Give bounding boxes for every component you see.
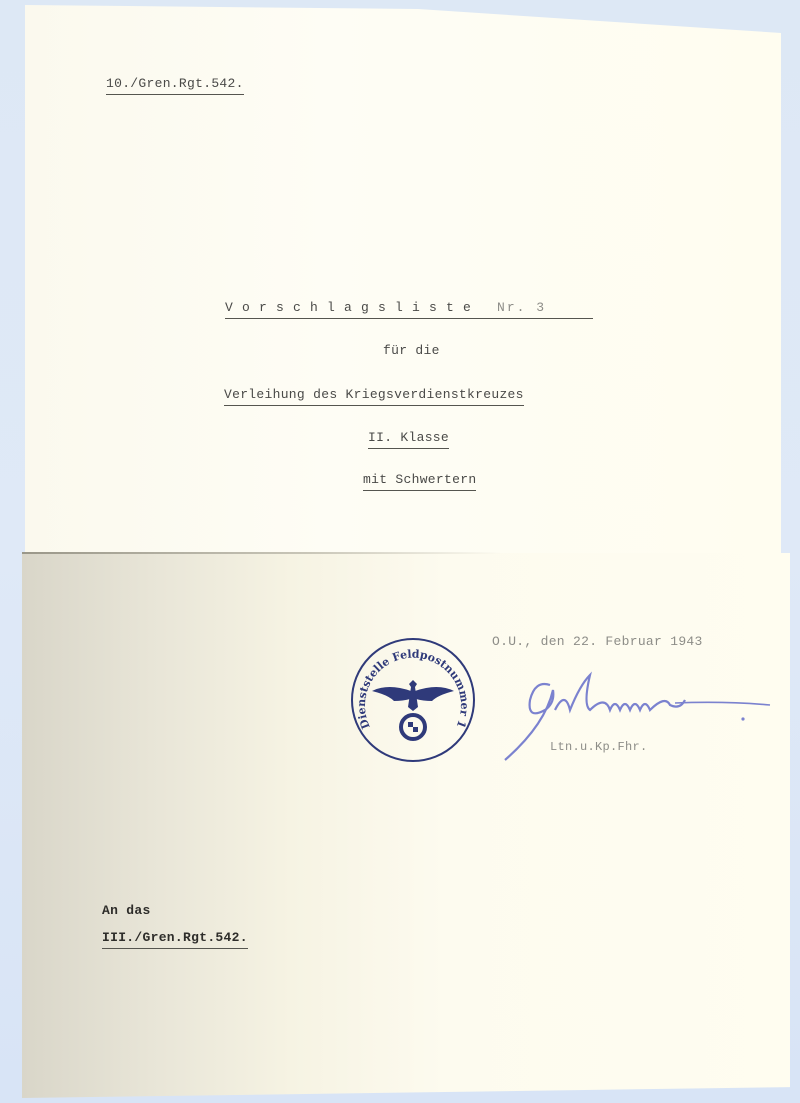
line-schwertern: mit Schwertern — [363, 472, 476, 491]
unit-header: 10./Gren.Rgt.542. — [106, 76, 244, 95]
title-number: Nr. 3 — [497, 300, 546, 315]
line-verleihung: Verleihung des Kriegsverdienstkreuzes — [224, 387, 524, 406]
line-klasse: II. Klasse — [368, 430, 449, 449]
date-line: O.U., den 22. Februar 1943 — [492, 634, 703, 649]
recipient-prefix: An das — [102, 903, 151, 918]
signature-rank: Ltn.u.Kp.Fhr. — [550, 740, 648, 754]
title-main: Vorschlagsliste — [225, 300, 480, 315]
eagle-emblem-icon — [372, 680, 454, 739]
line-fuer-die: für die — [383, 343, 440, 358]
recipient-unit: III./Gren.Rgt.542. — [102, 930, 248, 949]
document-title: Vorschlagsliste Nr. 3 — [225, 300, 593, 319]
official-stamp: Dienststelle Feldpostnummer 13640 C — [348, 635, 478, 765]
fold-crease — [22, 552, 502, 554]
